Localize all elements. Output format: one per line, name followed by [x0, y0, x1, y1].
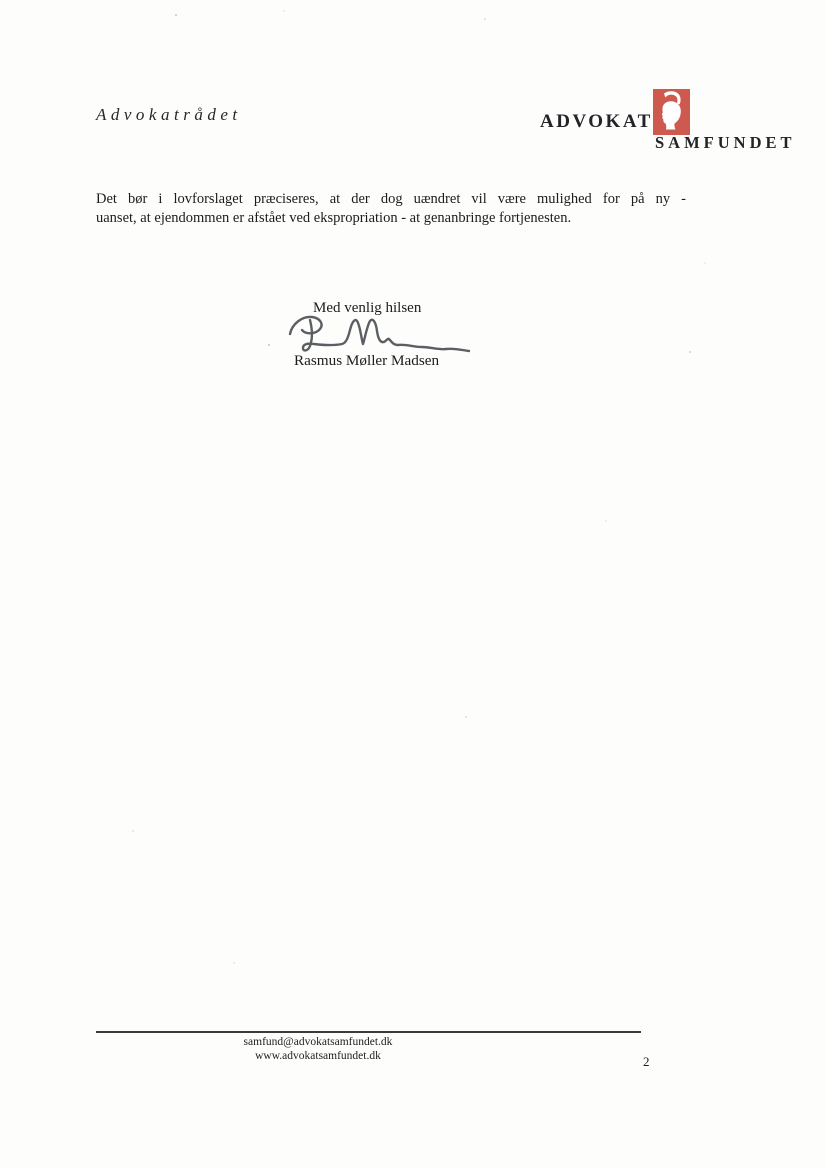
body-paragraph-line-1: Det bør i lovforslaget præciseres, at de… — [96, 190, 686, 209]
page-number: 2 — [643, 1054, 650, 1070]
logo-text-samfundet: SAMFUNDET — [655, 133, 796, 153]
footer-email: samfund@advokatsamfundet.dk — [158, 1035, 478, 1049]
athena-helmet-head-icon — [653, 89, 690, 135]
logo-text-advokat: ADVOKAT — [540, 111, 653, 133]
body-paragraph: Det bør i lovforslaget præciseres, at de… — [96, 190, 686, 228]
footer-website: www.advokatsamfundet.dk — [158, 1049, 478, 1063]
footer-contact-block: samfund@advokatsamfundet.dk www.advokats… — [158, 1035, 478, 1063]
scan-noise — [0, 0, 2, 2]
body-paragraph-line-2: uanset, at ejendommen er afstået ved eks… — [96, 209, 686, 228]
scanned-letter-page: Advokatrådet ADVOKAT SAMFUNDET Det bør i… — [0, 0, 826, 1168]
letterhead-council-name: Advokatrådet — [96, 105, 242, 125]
signer-name: Rasmus Møller Madsen — [294, 352, 439, 370]
footer-divider — [96, 1031, 641, 1033]
